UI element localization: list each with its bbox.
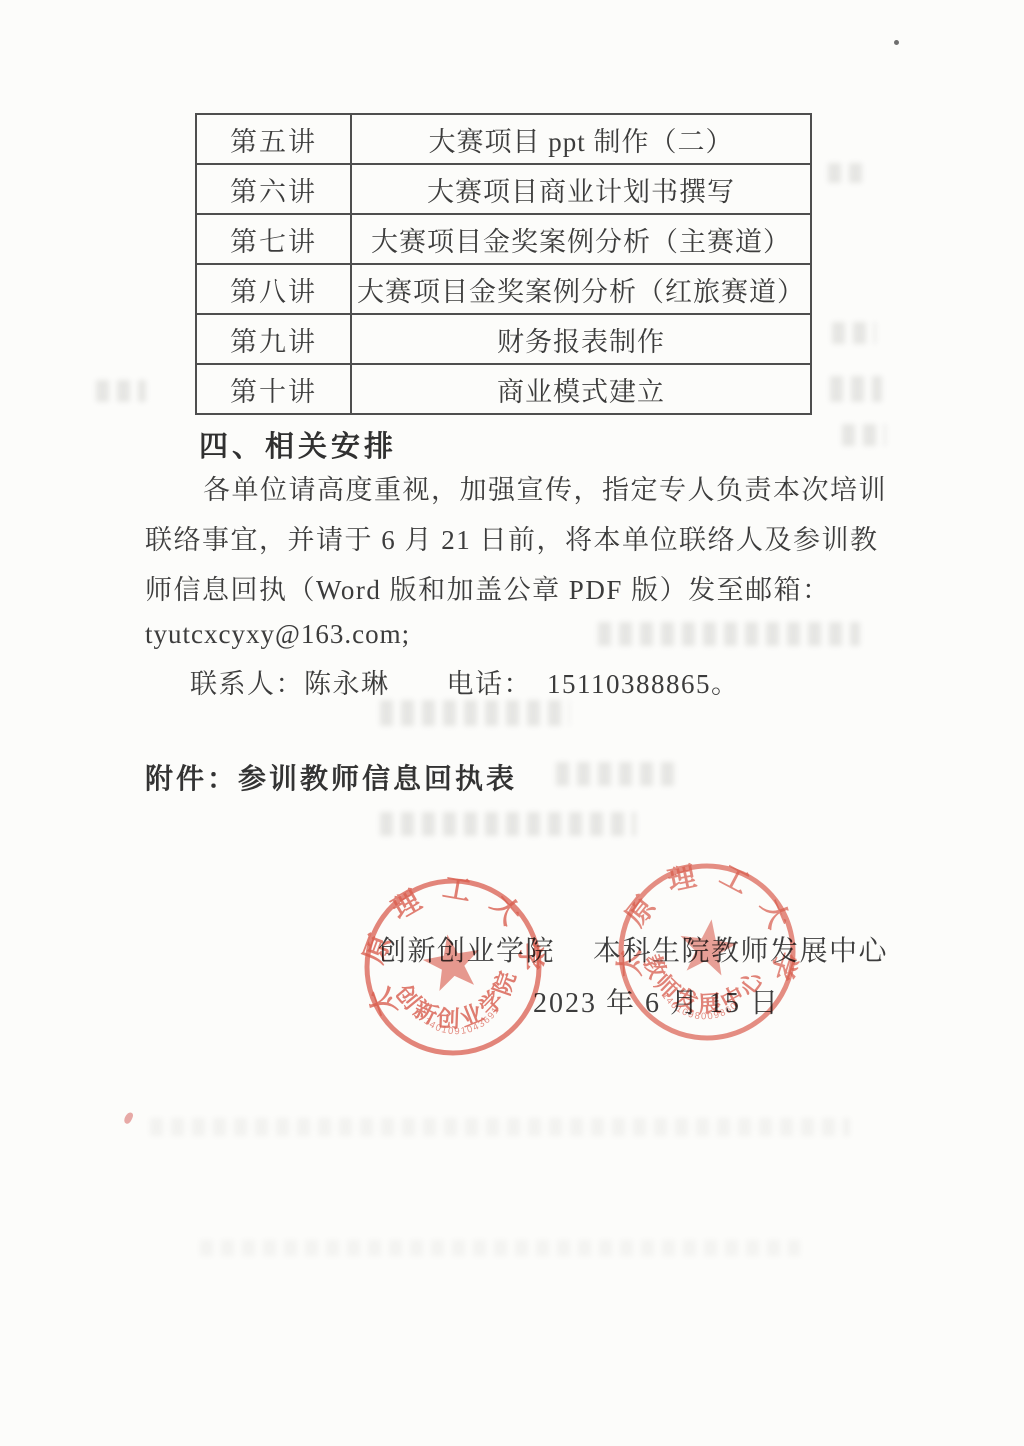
lecture-topic-cell: 商业模式建立 xyxy=(351,364,811,414)
bleedthrough-artifact xyxy=(150,1118,850,1136)
scan-speck xyxy=(894,40,899,45)
contact-line: 联系人：陈永琳 电话： 15110388865。 xyxy=(190,662,740,701)
lecture-number-cell: 第八讲 xyxy=(196,264,351,314)
lecture-number-cell: 第五讲 xyxy=(196,114,351,164)
table-row: 第七讲 大赛项目金奖案例分析（主赛道） xyxy=(196,214,811,264)
table-row: 第九讲 财务报表制作 xyxy=(196,314,811,364)
lecture-topic-cell: 大赛项目商业计划书撰写 xyxy=(351,164,811,214)
paragraph-line: 各单位请高度重视，加强宣传，指定专人负责本次培训 xyxy=(203,468,887,507)
table-row: 第八讲 大赛项目金奖案例分析（红旅赛道） xyxy=(196,264,811,314)
paragraph-line: 师信息回执（Word 版和加盖公章 PDF 版）发至邮箱： xyxy=(145,568,831,607)
section-heading: 四、相关安排 xyxy=(199,424,397,465)
bleedthrough-artifact xyxy=(830,376,882,402)
bleedthrough-artifact xyxy=(200,1240,800,1256)
lecture-number-cell: 第十讲 xyxy=(196,364,351,414)
lecture-schedule-table: 第五讲 大赛项目 ppt 制作（二） 第六讲 大赛项目商业计划书撰写 第七讲 大… xyxy=(195,113,812,415)
bleedthrough-artifact xyxy=(380,812,636,836)
paragraph-line: 联络事宜，并请于 6 月 21 日前，将本单位联络人及参训教 xyxy=(145,518,879,557)
bleedthrough-artifact xyxy=(828,163,866,183)
bleedthrough-artifact xyxy=(556,762,676,786)
attachment-line: 附件：参训教师信息回执表 xyxy=(145,757,517,797)
bleedthrough-artifact xyxy=(832,322,876,344)
bleedthrough-artifact xyxy=(96,380,146,402)
lecture-topic-cell: 大赛项目金奖案例分析（红旅赛道） xyxy=(351,264,811,314)
bleedthrough-artifact xyxy=(598,622,860,646)
bleedthrough-artifact xyxy=(380,700,570,726)
email-address-text: tyutcxcyxy@163.com; xyxy=(145,619,410,650)
lecture-topic-cell: 大赛项目 ppt 制作（二） xyxy=(351,114,811,164)
lecture-number-cell: 第七讲 xyxy=(196,214,351,264)
bleedthrough-artifact xyxy=(842,424,886,446)
official-seal-left: 太原理工大学 创新创业学院 1401091043691 xyxy=(337,851,569,1083)
lecture-topic-cell: 财务报表制作 xyxy=(351,314,811,364)
lecture-number-cell: 第九讲 xyxy=(196,314,351,364)
table-row: 第十讲 商业模式建立 xyxy=(196,364,811,414)
table-row: 第六讲 大赛项目商业计划书撰写 xyxy=(196,164,811,214)
star-icon xyxy=(676,915,740,977)
official-seal-right: 太原理工大学 教师发展中心 1401098009860 xyxy=(594,839,820,1065)
lecture-topic-cell: 大赛项目金奖案例分析（主赛道） xyxy=(351,214,811,264)
scanned-document-page: { "colors": { "page_bg": "#fcfcfa", "tex… xyxy=(0,0,1024,1446)
lecture-number-cell: 第六讲 xyxy=(196,164,351,214)
star-icon xyxy=(419,930,485,993)
table-row: 第五讲 大赛项目 ppt 制作（二） xyxy=(196,114,811,164)
scan-speck xyxy=(123,1111,134,1125)
